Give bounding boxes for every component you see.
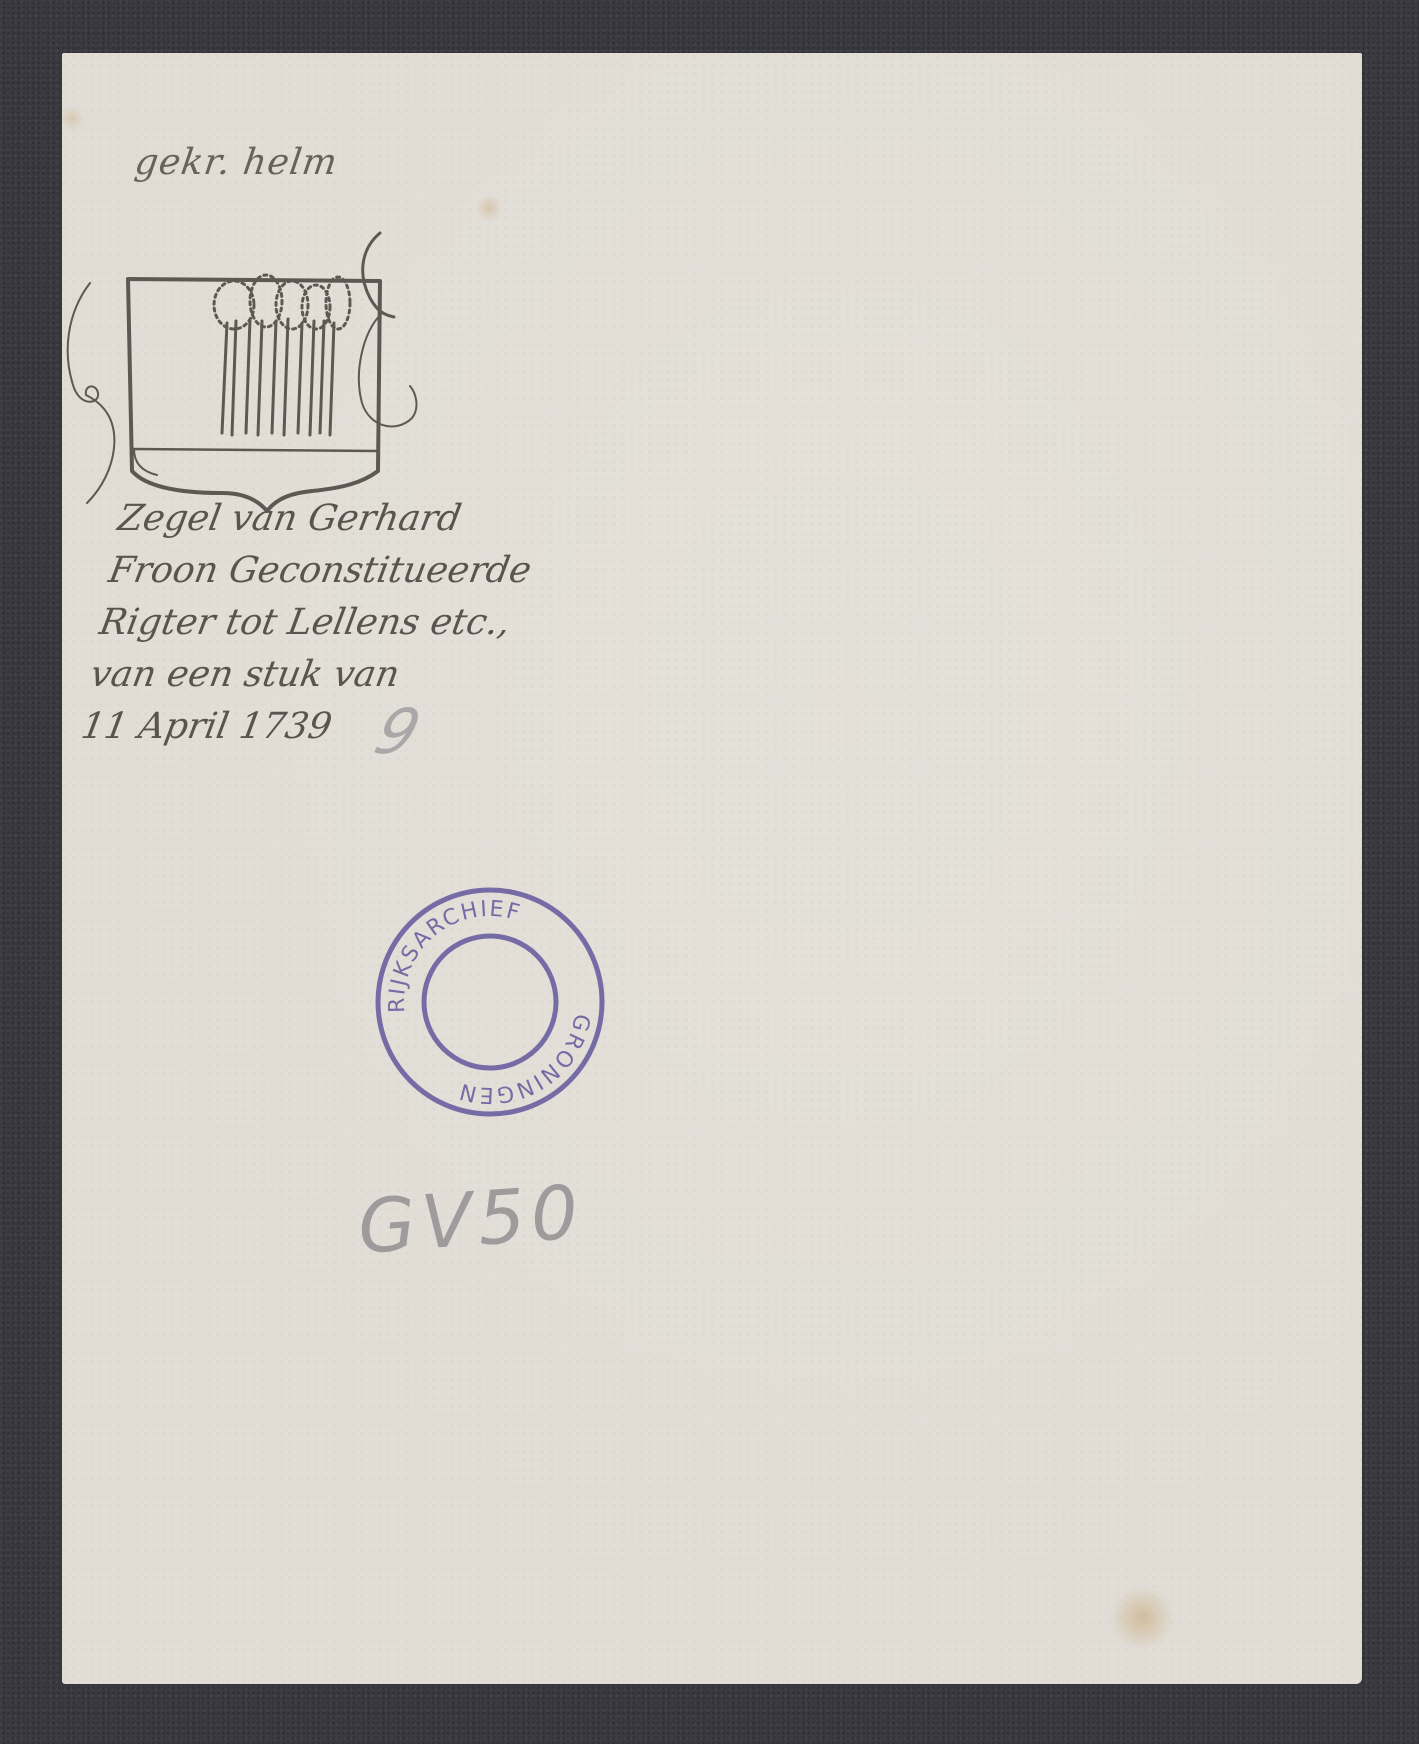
foxing-stain: [62, 103, 82, 133]
caption-line: Froon Geconstitueerde: [105, 545, 536, 597]
rijksarchief-stamp-icon: GRONINGEN RIJKSARCHIEF: [373, 885, 607, 1119]
svg-text:RIJKSARCHIEF: RIJKSARCHIEF: [385, 897, 524, 1013]
foxing-stain: [1107, 1588, 1177, 1648]
archival-card: gekr. helm: [62, 53, 1362, 1684]
caption-line: van een stuk van: [86, 649, 517, 701]
stamp-bottom-text: RIJKSARCHIEF: [385, 897, 524, 1013]
pencil-reference-number: GV50: [356, 1175, 587, 1265]
crest-note: gekr. helm: [132, 145, 340, 181]
caption-line: 11 April 1739: [77, 701, 508, 753]
seal-caption: Zegel van Gerhard Froon Geconstitueerde …: [77, 493, 544, 753]
caption-line: Zegel van Gerhard: [114, 493, 545, 545]
caption-line: Rigter tot Lellens etc.,: [95, 597, 526, 649]
coat-of-arms-shield-icon: [62, 203, 482, 513]
